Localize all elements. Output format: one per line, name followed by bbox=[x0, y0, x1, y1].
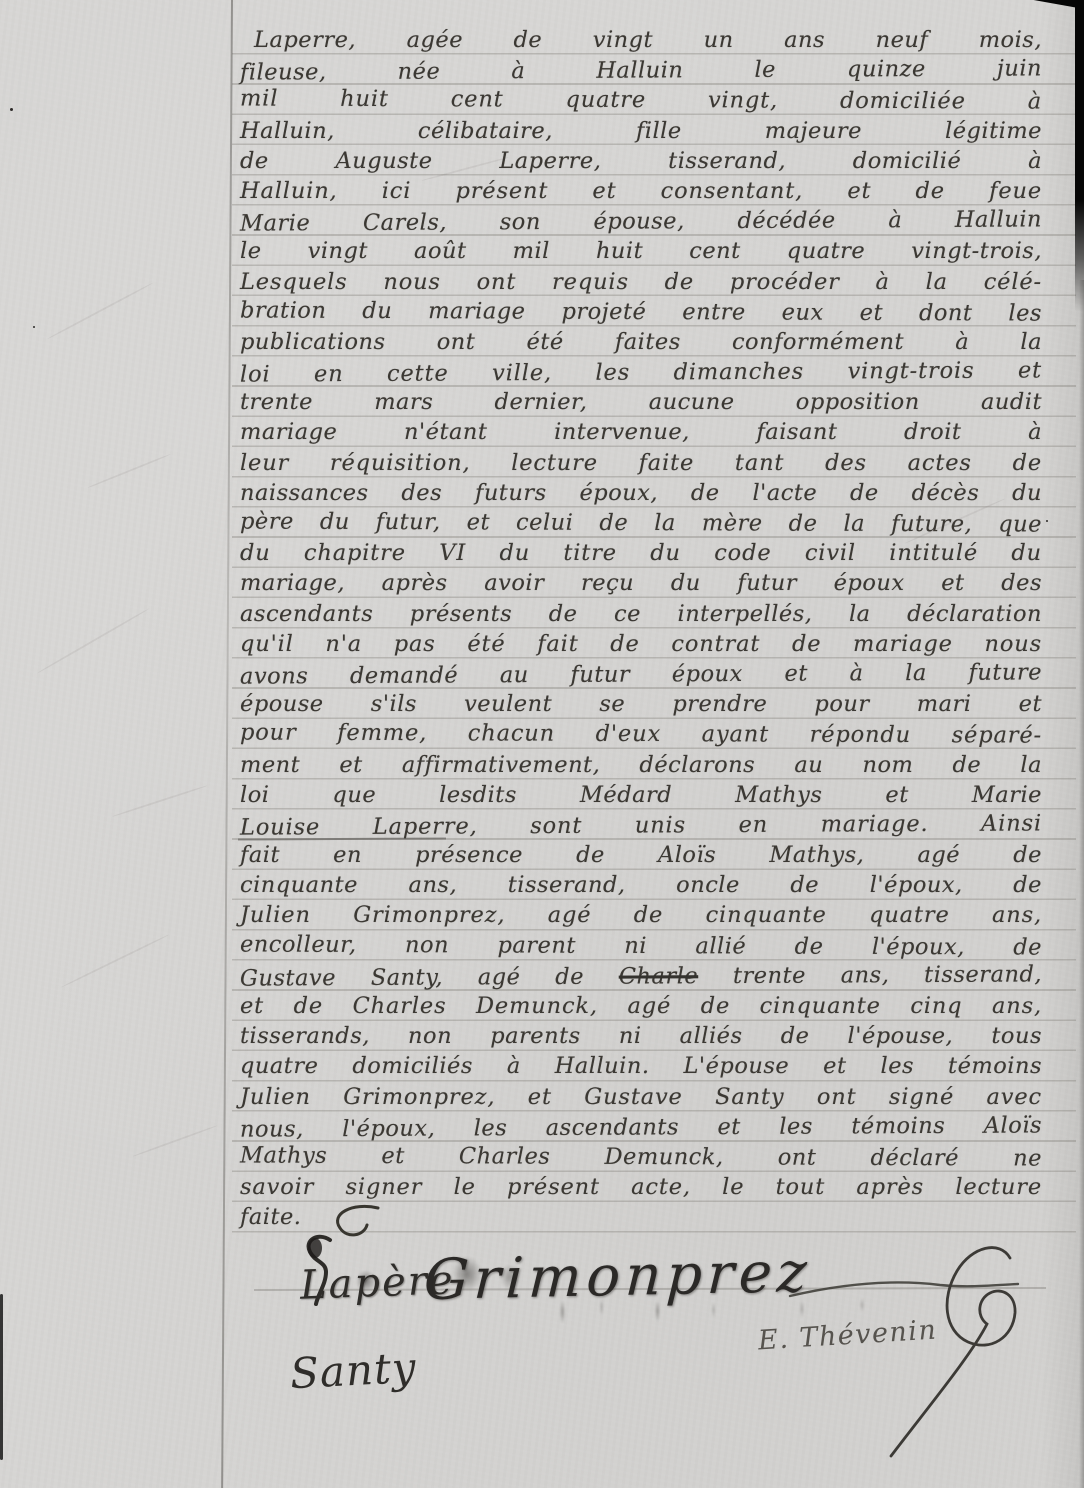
ink-drip bbox=[560, 1300, 565, 1324]
handwritten-line: avons demandé au futur époux et à la fut… bbox=[240, 657, 1042, 691]
handwritten-line: Lesquels nous ont requis de procéder à l… bbox=[240, 267, 1042, 297]
line-segment: trente ans, tisserand, bbox=[698, 961, 1042, 989]
ink-drip bbox=[860, 1298, 864, 1312]
signature-tail-stroke bbox=[790, 1283, 1018, 1296]
scan-edge-right-soft bbox=[1079, 280, 1084, 1488]
handwritten-line: Halluin, ici présent et consentant, et d… bbox=[240, 176, 1042, 206]
handwritten-line: bration du mariage projeté entre eux et … bbox=[240, 295, 1042, 328]
handwritten-line: Laperre, agée de vingt un ans neuf mois, bbox=[240, 25, 1042, 55]
handwritten-line: Halluin, célibataire, fille majeure légi… bbox=[240, 116, 1042, 146]
show-through-mark bbox=[61, 934, 170, 988]
handwritten-line: le vingt août mil huit cent quatre vingt… bbox=[240, 236, 1042, 266]
handwritten-line-with-strikethrough: Gustave Santy, agé de Charle trente ans,… bbox=[240, 959, 1042, 993]
handwritten-line: naissances des futurs époux, de l'acte d… bbox=[240, 478, 1042, 508]
handwritten-line: Julien Grimonprez, et Gustave Santy ont … bbox=[240, 1082, 1042, 1112]
handwritten-line: leur réquisition, lecture faite tant des… bbox=[240, 448, 1042, 478]
handwritten-line: mariage, après avoir reçu du futur époux… bbox=[240, 568, 1042, 598]
speck bbox=[10, 108, 13, 111]
speck bbox=[1046, 520, 1048, 522]
handwritten-line: qu'il n'a pas été fait de contrat de mar… bbox=[240, 629, 1042, 659]
ink-drip bbox=[800, 1300, 804, 1318]
show-through-mark bbox=[112, 785, 208, 818]
handwritten-line: cinquante ans, tisserand, oncle de l'épo… bbox=[240, 870, 1042, 900]
ink-drip bbox=[600, 1298, 603, 1316]
ink-smudge bbox=[452, 1256, 482, 1292]
fold-line bbox=[221, 0, 232, 1488]
record-text: Laperre, agée de vingt un ans neuf mois,… bbox=[240, 25, 1042, 1233]
show-through-mark bbox=[36, 608, 150, 675]
handwritten-line: publications ont été faites conformément… bbox=[240, 327, 1042, 357]
ink-blot bbox=[308, 1238, 322, 1258]
show-through-mark bbox=[132, 1125, 217, 1158]
signature-santy: Santy bbox=[289, 1343, 418, 1399]
speck bbox=[33, 326, 35, 328]
handwritten-line: et de Charles Demunck, agé de cinquante … bbox=[240, 991, 1042, 1021]
handwritten-line: ment et affirmativement, déclarons au no… bbox=[240, 750, 1042, 780]
handwritten-line: de Auguste Laperre, tisserand, domicilié… bbox=[240, 146, 1042, 176]
handwritten-line: pour femme, chacun d'eux ayant répondu s… bbox=[240, 718, 1042, 751]
handwritten-line: fileuse, née à Halluin le quinze juin bbox=[240, 54, 1042, 88]
handwritten-line: faite. bbox=[240, 1202, 1042, 1232]
handwritten-line: nous, l'époux, les ascendants et les tém… bbox=[240, 1110, 1042, 1144]
handwritten-line: du chapitre VI du titre du code civil in… bbox=[240, 538, 1042, 568]
ink-smudge bbox=[356, 1270, 376, 1292]
handwritten-line: quatre domiciliés à Halluin. L'épouse et… bbox=[240, 1051, 1042, 1081]
handwritten-line: Julien Grimonprez, agé de cinquante quat… bbox=[240, 900, 1042, 930]
scan-edge-right bbox=[1075, 0, 1084, 312]
handwritten-line: encolleur, non parent ni allié de l'épou… bbox=[240, 929, 1042, 962]
officiant-flourish bbox=[891, 1248, 1015, 1456]
document-scan: Laperre, agée de vingt un ans neuf mois,… bbox=[0, 0, 1084, 1488]
handwritten-line: tisserands, non parents ni alliés de l'é… bbox=[240, 1021, 1042, 1051]
handwritten-line: Marie Carels, son épouse, décédée à Hall… bbox=[240, 205, 1042, 239]
handwritten-line: épouse s'ils veulent se prendre pour mar… bbox=[240, 689, 1042, 719]
scan-edge-bottom-left bbox=[0, 1294, 3, 1460]
show-through-mark bbox=[87, 453, 171, 489]
signature-officiant: E. Thévenin bbox=[757, 1315, 938, 1357]
ink-smudge bbox=[500, 1264, 520, 1290]
handwritten-line: mil huit cent quatre vingt, domiciliée à bbox=[240, 84, 1042, 117]
show-through-mark bbox=[47, 282, 154, 340]
ink-drip bbox=[655, 1300, 660, 1322]
handwritten-line: ascendants présents de ce interpellés, l… bbox=[240, 599, 1042, 629]
handwritten-line: Mathys et Charles Demunck, ont déclaré n… bbox=[240, 1140, 1042, 1173]
handwritten-line: fait en présence de Aloïs Mathys, agé de bbox=[240, 840, 1042, 870]
handwritten-line: loi en cette ville, les dimanches vingt-… bbox=[240, 355, 1042, 389]
handwritten-line: trente mars dernier, aucune opposition a… bbox=[240, 387, 1042, 417]
handwritten-line: savoir signer le présent acte, le tout a… bbox=[240, 1172, 1042, 1202]
line-segment: Gustave Santy, agé de bbox=[240, 963, 619, 991]
handwritten-line: mariage n'étant intervenue, faisant droi… bbox=[240, 417, 1042, 447]
handwritten-line: loi que lesdits Médard Mathys et Marie bbox=[240, 780, 1042, 810]
struck-word: Charle bbox=[619, 963, 699, 989]
ink-drip bbox=[712, 1302, 715, 1318]
